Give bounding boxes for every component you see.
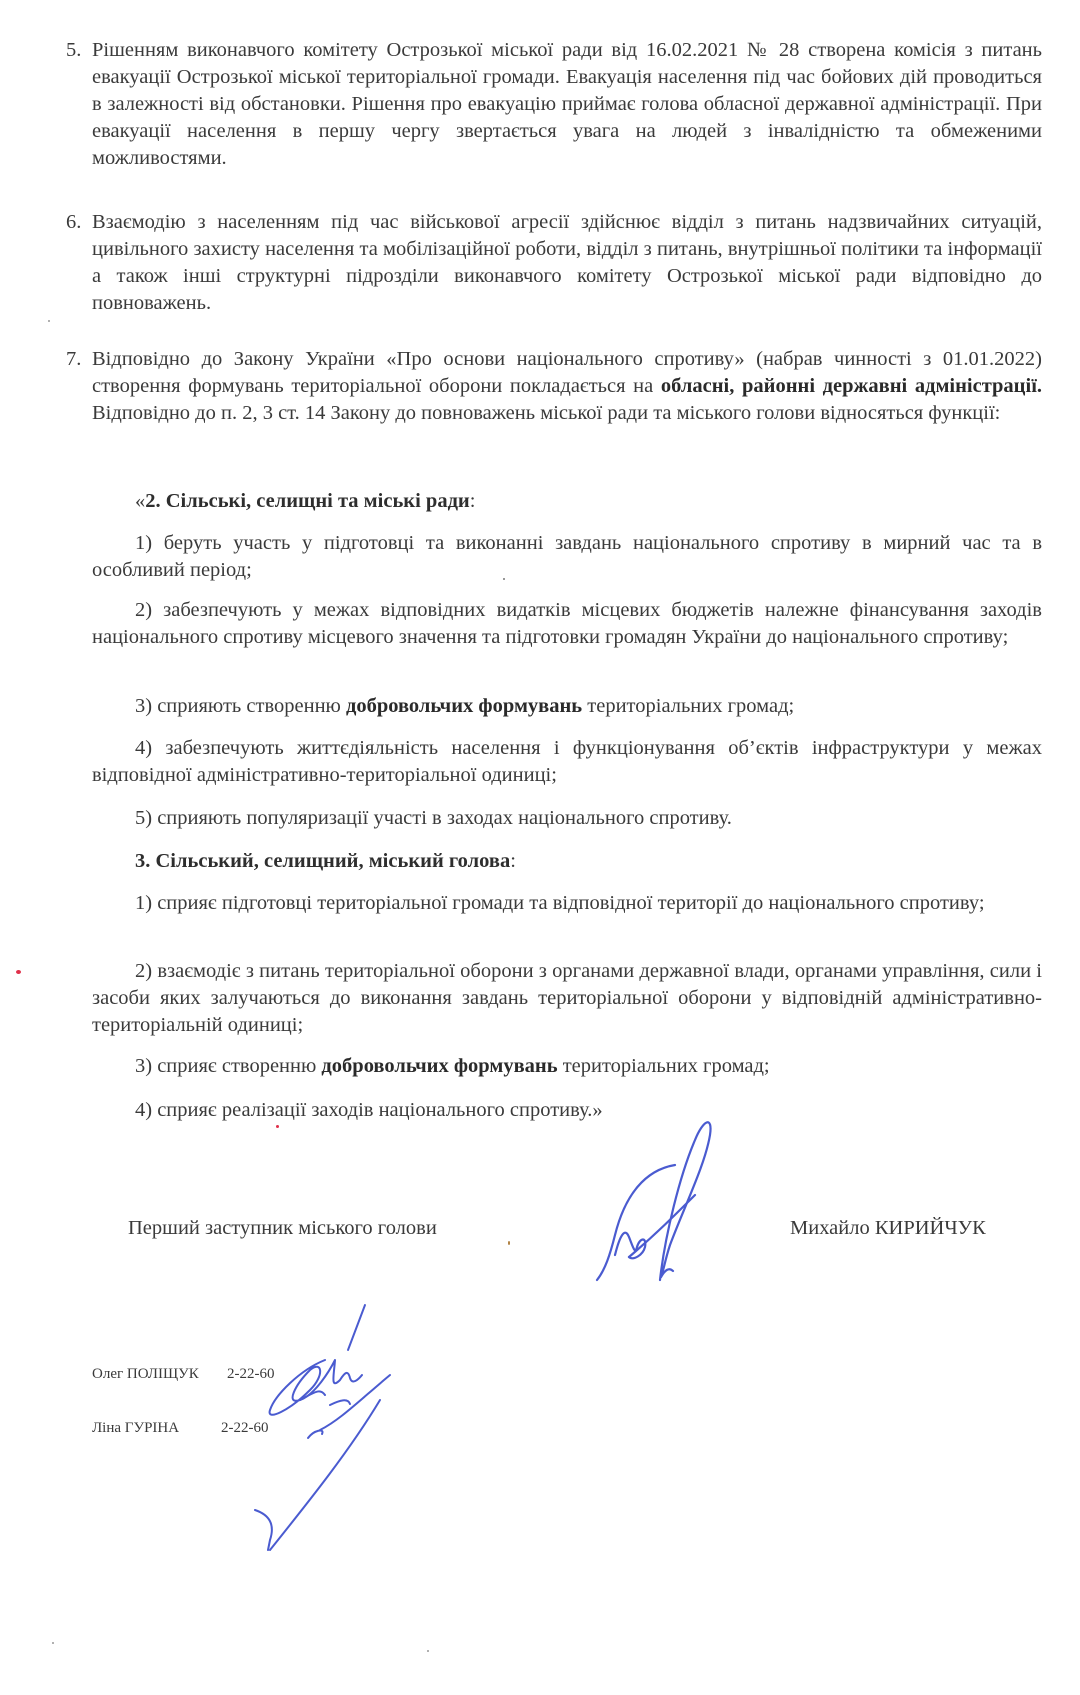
section-2-item-4: 4) забезпечують життєдіяльність населенн… (92, 735, 1042, 789)
item-text: 3) сприяють створенню (135, 695, 346, 717)
signature-initials-icon (230, 1300, 400, 1560)
item-bold-text: добровольчих формувань (346, 695, 582, 717)
scan-speck (52, 1642, 54, 1644)
signature-main-icon (585, 1115, 735, 1285)
section-2-heading: «2. Сільські, селищні та міські ради: (92, 488, 1042, 515)
section-2-item-1: 1) беруть участь у підготовці та виконан… (92, 530, 1042, 584)
section-3-item-3: 3) сприяє створенню добровольчих формува… (92, 1053, 1042, 1080)
section-3-item-4: 4) сприяє реалізації заходів національно… (92, 1097, 1042, 1124)
section-3-item-2: 2) взаємодіє з питань територіальної обо… (92, 958, 1042, 1039)
signatory-name: Михайло КИРИЙЧУК (790, 1217, 986, 1240)
section-2-item-2: 2) забезпечують у межах відповідних вида… (92, 597, 1042, 651)
heading-text: 2. Сільські, селищні та міські ради (145, 490, 470, 512)
section-2-item-5: 5) сприяють популяризації участі в заход… (92, 805, 1042, 832)
scan-speck (427, 1650, 429, 1652)
item-text: 3) сприяє створенню (135, 1055, 321, 1077)
scan-speck (503, 578, 505, 580)
paragraph-7: 7. Відповідно до Закону України «Про осн… (92, 346, 1042, 427)
item-text: територіальних громад; (558, 1055, 770, 1077)
item-bold-text: добровольчих формувань (321, 1055, 557, 1077)
colon: : (510, 850, 516, 872)
paragraph-text: Взаємодію з населенням під час військово… (92, 211, 1042, 314)
paragraph-text: Відповідно до п. 2, 3 ст. 14 Закону до п… (92, 402, 1000, 424)
paragraph-number: 5. (66, 37, 81, 64)
paragraph-bold-text: обласні, районні державні адміністрації. (661, 375, 1042, 397)
scan-speck (48, 320, 50, 322)
colon: : (470, 490, 476, 512)
paragraph-number: 6. (66, 209, 81, 236)
item-text: територіальних громад; (582, 695, 794, 717)
paragraph-text: Рішенням виконавчого комітету Острозької… (92, 39, 1042, 169)
open-quote: « (135, 490, 145, 512)
contact-name: Ліна ГУРІНА (92, 1420, 179, 1437)
scan-speck (16, 970, 21, 974)
section-3-item-1: 1) сприяє підготовці територіальної гром… (92, 890, 1042, 917)
scan-speck (276, 1125, 279, 1128)
document-page: 5. Рішенням виконавчого комітету Острозь… (0, 0, 1080, 1695)
contact-name: Олег ПОЛІЩУК (92, 1366, 199, 1383)
section-3-heading: 3. Сільський, селищний, міський голова: (92, 848, 1042, 875)
paragraph-number: 7. (66, 346, 81, 373)
heading-text: 3. Сільський, селищний, міський голова (135, 850, 510, 872)
signatory-position: Перший заступник міського голови (128, 1217, 437, 1240)
scan-speck (508, 1241, 510, 1245)
paragraph-6: 6. Взаємодію з населенням під час військ… (92, 209, 1042, 317)
paragraph-5: 5. Рішенням виконавчого комітету Острозь… (92, 37, 1042, 172)
section-2-item-3: 3) сприяють створенню добровольчих форму… (92, 693, 1042, 720)
